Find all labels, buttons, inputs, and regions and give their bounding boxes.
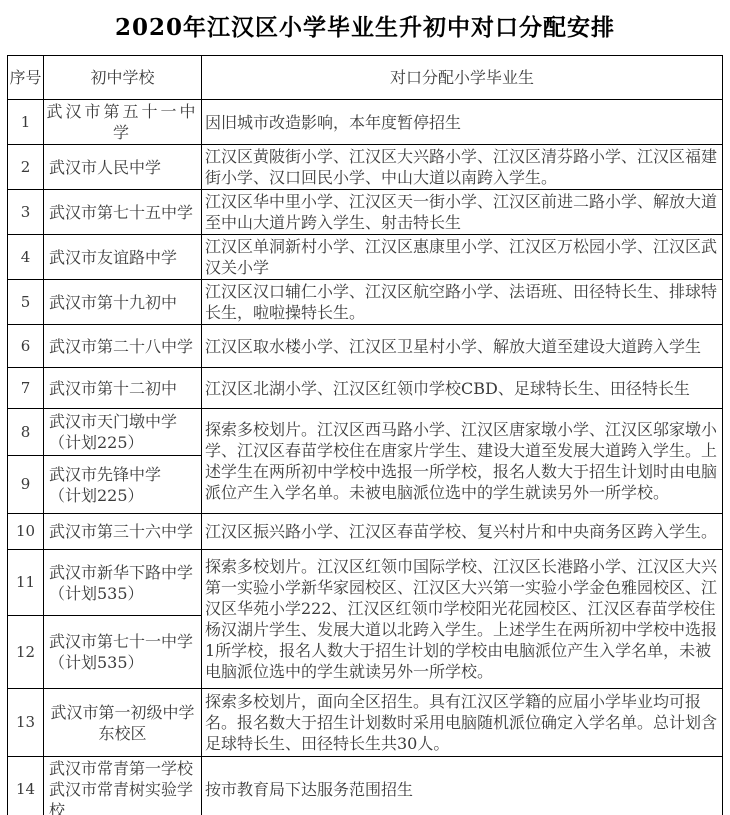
table-row: 11 武汉市新华下路中学 （计划535） 探索多校划片。江汉区红领巾国际学校、江… (8, 550, 723, 616)
detail-cell-merged: 探索多校划片。江汉区红领巾国际学校、江汉区长港路小学、江汉区大兴第一实验小学新华… (202, 550, 723, 689)
col-header-number: 序号 (8, 56, 44, 100)
school-cell: 武汉市第二十八中学 (44, 325, 202, 368)
table-row: 4 武汉市友谊路中学 江汉区单洞新村小学、江汉区惠康里小学、江汉区万松园小学、江… (8, 235, 723, 280)
table-row: 7 武汉市第十二初中 江汉区北湖小学、江汉区红领巾学校CBD、足球特长生、田径特… (8, 368, 723, 409)
school-cell: 武汉市第七十一中学 （计划535） (44, 616, 202, 689)
row-number: 7 (8, 368, 44, 409)
row-number: 3 (8, 190, 44, 235)
row-number: 12 (8, 616, 44, 689)
detail-cell: 江汉区振兴路小学、江汉区春苗学校、复兴村片和中央商务区跨入学生。 (202, 514, 723, 550)
document-page: 2020年江汉区小学毕业生升初中对口分配安排 序号 初中学校 对口分配小学毕业生… (0, 0, 730, 815)
row-number: 10 (8, 514, 44, 550)
school-cell: 武汉市第十二初中 (44, 368, 202, 409)
row-number: 14 (8, 757, 44, 815)
table-row: 2 武汉市人民中学 江汉区黄陂街小学、江汉区大兴路小学、江汉区清芬路小学、江汉区… (8, 145, 723, 190)
row-number: 4 (8, 235, 44, 280)
detail-cell: 因旧城市改造影响，本年度暂停招生 (202, 100, 723, 145)
row-number: 11 (8, 550, 44, 616)
school-cell: 武汉市第五十一中学 (44, 100, 202, 145)
school-cell: 武汉市先锋中学 （计划225） (44, 456, 202, 514)
document-title: 2020年江汉区小学毕业生升初中对口分配安排 (0, 0, 730, 42)
row-number: 6 (8, 325, 44, 368)
assignment-table: 序号 初中学校 对口分配小学毕业生 1 武汉市第五十一中学 因旧城市改造影响，本… (7, 55, 723, 815)
detail-cell: 江汉区取水楼小学、江汉区卫星村小学、解放大道至建设大道跨入学生 (202, 325, 723, 368)
school-cell: 武汉市第一初级中学东校区 (44, 689, 202, 757)
table-row: 3 武汉市第七十五中学 江汉区华中里小学、江汉区天一街小学、江汉区前进二路小学、… (8, 190, 723, 235)
table-row: 1 武汉市第五十一中学 因旧城市改造影响，本年度暂停招生 (8, 100, 723, 145)
table-row: 5 武汉市第十九初中 江汉区汉口辅仁小学、江汉区航空路小学、法语班、田径特长生、… (8, 280, 723, 325)
col-header-detail: 对口分配小学毕业生 (202, 56, 723, 100)
table-row: 14 武汉市常青第一学校 武汉市常青树实验学校 按市教育局下达服务范围招生 (8, 757, 723, 815)
detail-cell: 探索多校划片，面向全区招生。具有江汉区学籍的应届小学毕业均可报名。报名数大于招生… (202, 689, 723, 757)
school-cell: 武汉市第七十五中学 (44, 190, 202, 235)
school-cell: 武汉市第十九初中 (44, 280, 202, 325)
school-cell: 武汉市天门墩中学 （计划225） (44, 409, 202, 456)
row-number: 8 (8, 409, 44, 456)
school-cell: 武汉市第三十六中学 (44, 514, 202, 550)
detail-cell: 江汉区汉口辅仁小学、江汉区航空路小学、法语班、田径特长生、排球特长生，啦啦操特长… (202, 280, 723, 325)
detail-cell: 按市教育局下达服务范围招生 (202, 757, 723, 815)
school-cell: 武汉市新华下路中学 （计划535） (44, 550, 202, 616)
table-row: 10 武汉市第三十六中学 江汉区振兴路小学、江汉区春苗学校、复兴村片和中央商务区… (8, 514, 723, 550)
detail-cell: 江汉区华中里小学、江汉区天一街小学、江汉区前进二路小学、解放大道至中山大道片跨入… (202, 190, 723, 235)
header-row: 序号 初中学校 对口分配小学毕业生 (8, 56, 723, 100)
row-number: 5 (8, 280, 44, 325)
detail-cell: 江汉区黄陂街小学、江汉区大兴路小学、江汉区清芬路小学、江汉区福建街小学、汉口回民… (202, 145, 723, 190)
table-row: 8 武汉市天门墩中学 （计划225） 探索多校划片。江汉区西马路小学、江汉区唐家… (8, 409, 723, 456)
table-row: 13 武汉市第一初级中学东校区 探索多校划片，面向全区招生。具有江汉区学籍的应届… (8, 689, 723, 757)
detail-cell: 江汉区单洞新村小学、江汉区惠康里小学、江汉区万松园小学、江汉区武汉关小学 (202, 235, 723, 280)
row-number: 9 (8, 456, 44, 514)
detail-cell-merged: 探索多校划片。江汉区西马路小学、江汉区唐家墩小学、江汉区邬家墩小学、江汉区春苗学… (202, 409, 723, 514)
school-cell: 武汉市人民中学 (44, 145, 202, 190)
row-number: 2 (8, 145, 44, 190)
row-number: 13 (8, 689, 44, 757)
school-cell: 武汉市友谊路中学 (44, 235, 202, 280)
school-cell: 武汉市常青第一学校 武汉市常青树实验学校 (44, 757, 202, 815)
table-row: 6 武汉市第二十八中学 江汉区取水楼小学、江汉区卫星村小学、解放大道至建设大道跨… (8, 325, 723, 368)
row-number: 1 (8, 100, 44, 145)
detail-cell: 江汉区北湖小学、江汉区红领巾学校CBD、足球特长生、田径特长生 (202, 368, 723, 409)
col-header-school: 初中学校 (44, 56, 202, 100)
